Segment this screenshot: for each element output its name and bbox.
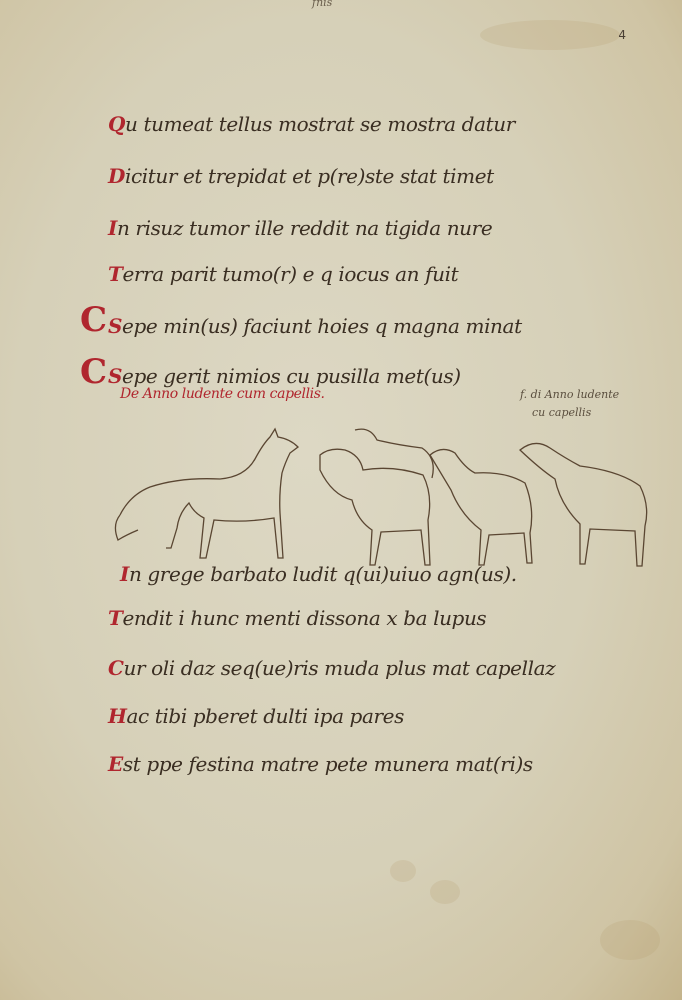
- verse-block-1: Qu tumeat tellus mostrat se mostra datur…: [108, 112, 548, 402]
- parchment-page: fnis 4 Qu tumeat tellus mostrat se mostr…: [0, 0, 682, 1000]
- goat-icon: [430, 449, 532, 565]
- goat-icon: [520, 443, 647, 566]
- stain: [480, 20, 620, 50]
- verse-line: Est ppe festina matre pete munera mat(ri…: [108, 752, 533, 776]
- verse-line: Hac tibi pberet dulti ipa pares: [108, 704, 404, 728]
- verse-line: Terra parit tumo(r) e q iocus an fuit: [108, 262, 458, 286]
- verse-line: Dicitur et trepidat et p(re)ste stat tim…: [108, 164, 494, 188]
- paragraph-mark-icon: C: [80, 352, 107, 392]
- verse-line: Sepe gerit nimios cu pusilla met(us): [108, 364, 461, 388]
- top-margin-note: fnis: [312, 0, 332, 9]
- rubricated-initial: E: [108, 752, 123, 776]
- goat-icon: [320, 449, 430, 565]
- folio-number: 4: [618, 28, 626, 42]
- verse-line: Qu tumeat tellus mostrat se mostra datur: [108, 112, 515, 136]
- paragraph-mark-icon: C: [80, 300, 107, 340]
- margin-note-line2: cu capellis: [532, 406, 591, 419]
- verse-block-2: In grege barbato ludit q(ui)uiuo agn(us)…: [108, 562, 548, 782]
- rubricated-initial: T: [108, 262, 122, 286]
- rubricated-initial: H: [108, 704, 127, 728]
- verse-line: Cur oli daz seq(ue)ris muda plus mat cap…: [108, 656, 555, 680]
- rubricated-initial: S: [108, 364, 122, 388]
- stain: [430, 880, 460, 904]
- rubricated-initial: C: [108, 656, 124, 680]
- goat-icon: [355, 429, 433, 478]
- wolf-and-goats-illustration: [110, 420, 660, 570]
- verse-line: Sepe min(us) faciunt hoies q magna minat: [108, 314, 522, 338]
- rubricated-initial: Q: [108, 112, 125, 136]
- stain: [390, 860, 416, 882]
- rubricated-initial: I: [108, 216, 117, 240]
- verse-line: In risuz tumor ille reddit na tigida nur…: [108, 216, 492, 240]
- margin-note-line1: f. di Anno ludente: [520, 388, 619, 401]
- rubricated-initial: D: [108, 164, 125, 188]
- wolf-icon: [120, 429, 298, 558]
- rubric-heading: De Anno ludente cum capellis.: [120, 386, 325, 402]
- stain: [600, 920, 660, 960]
- rubricated-initial: S: [108, 314, 122, 338]
- rubricated-initial: I: [120, 562, 129, 586]
- rubricated-initial: T: [108, 606, 122, 630]
- verse-line: Tendit i hunc menti dissona x ba lupus: [108, 606, 486, 630]
- verse-line: In grege barbato ludit q(ui)uiuo agn(us)…: [120, 562, 517, 586]
